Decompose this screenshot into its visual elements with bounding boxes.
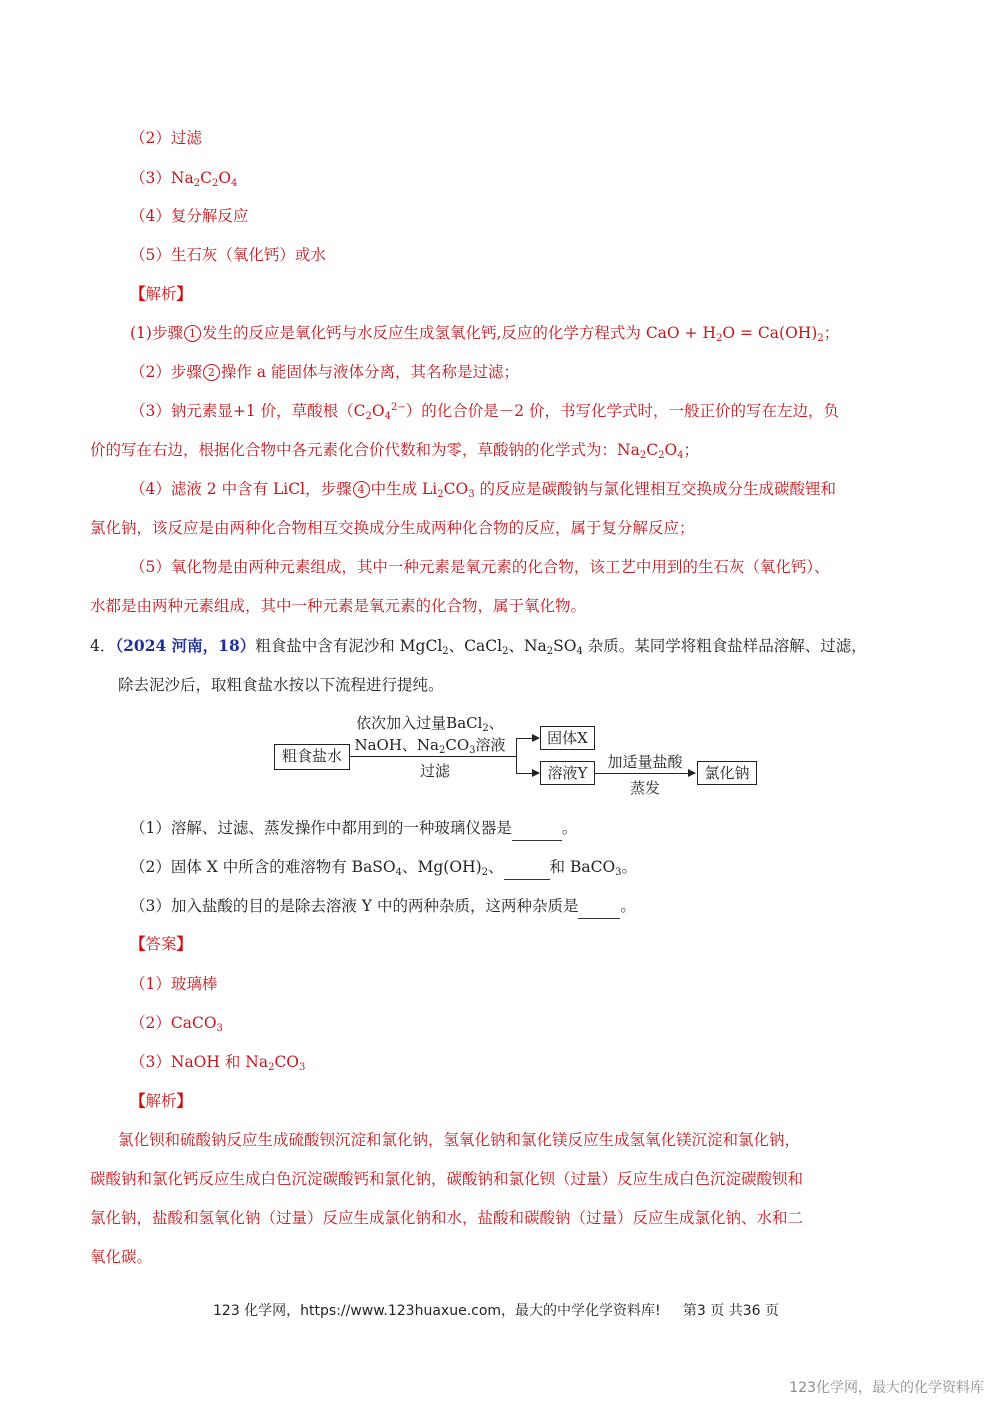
text: 杂质。某同学将粗食盐样品溶解、过滤， <box>583 637 867 655</box>
text: （4）滤液 2 中含有 LiCl，步骤 <box>130 480 352 498</box>
text: （2）固体 X 中所含的难溶物有 BaSO <box>130 858 396 876</box>
text: 操作 a 能固体与液体分离，其名称是过滤； <box>221 363 519 381</box>
flow-box-solution-y: 溶液Y <box>540 761 595 785</box>
heading-label: 答案 <box>146 935 177 953</box>
flow-line <box>595 773 688 774</box>
text: O <box>664 441 677 459</box>
formula: Na <box>171 169 194 187</box>
analysis-paragraph-2: （2）步骤2操作 a 能固体与液体分离，其名称是过滤； <box>130 362 519 382</box>
flow-box-crude-brine: 粗食盐水 <box>274 744 350 770</box>
circled-number: 4 <box>353 481 370 498</box>
flow-reagent-label-2: NaOH、Na2CO3溶液 <box>350 734 510 755</box>
text: O = Ca(OH) <box>722 324 817 342</box>
text: (1)步骤 <box>130 324 183 342</box>
text: 、CaCl <box>449 637 502 655</box>
subscript: 3 <box>299 1062 305 1073</box>
flow-hcl-label: 加适量盐酸 <box>600 751 690 772</box>
flow-box-solid-x: 固体X <box>540 726 595 750</box>
text: ）的化合价是－2 价，书写化学式时，一般正价的写在左边，负 <box>406 402 839 420</box>
text: 价的写在右边，根据化合物中各元素化合价代数和为零，草酸钠的化学式为：Na <box>90 441 640 459</box>
analysis-2-line-3: 氯化钠，盐酸和氢氧化钠（过量）反应生成氯化钠和水，盐酸和碳酸钠（过量）反应生成氯… <box>90 1208 803 1228</box>
text: CO <box>444 480 469 498</box>
text: 依次加入过量BaCl <box>356 714 482 732</box>
watermark: 123化学网，最大的化学资料库 <box>789 1377 984 1397</box>
flow-evaporate-label: 蒸发 <box>600 777 690 798</box>
formula: NaOH 和 Na <box>171 1053 268 1071</box>
circled-number: 1 <box>184 325 201 342</box>
flow-line <box>516 738 532 739</box>
page-number: 第3 页 共36 页 <box>683 1303 779 1319</box>
bracket-open: 【 <box>130 284 146 303</box>
text: 。 <box>620 897 636 915</box>
prev-answer-4: （4）复分解反应 <box>130 206 248 226</box>
text: O <box>372 402 385 420</box>
flow-line <box>350 756 517 757</box>
text: 发生的反应是氧化钙与水反应生成氢氧化钙,反应的化学方程式为 CaO + H <box>202 324 716 342</box>
text: C <box>646 441 658 459</box>
sub-question-1: （1）溶解、过滤、蒸发操作中都用到的一种玻璃仪器是 。 <box>130 818 577 841</box>
text: （1）溶解、过滤、蒸发操作中都用到的一种玻璃仪器是 <box>130 819 512 837</box>
analysis-2-line-1: 氯化钡和硫酸钠反应生成硫酸钡沉淀和氯化钠，氢氧化钠和氯化镁反应生成氢氧化镁沉淀和… <box>118 1130 800 1150</box>
answer-blank[interactable] <box>512 820 562 841</box>
text: 、Na <box>508 637 546 655</box>
answer-number: （2） <box>130 1014 171 1032</box>
prev-answer-5: （5）生石灰（氧化钙）或水 <box>130 245 326 265</box>
answer-number: （3） <box>130 1053 171 1071</box>
text: 中生成 Li <box>371 480 438 498</box>
text: （3）加入盐酸的目的是除去溶液 Y 中的两种杂质，这两种杂质是 <box>130 897 578 915</box>
circled-number: 2 <box>203 364 220 381</box>
prev-answer-2: （2）过滤 <box>130 128 202 148</box>
analysis-paragraph-3a: （3）钠元素显+1 价，草酸根（C2O42−）的化合价是－2 价，书写化学式时，… <box>130 401 839 421</box>
bracket-open: 【 <box>130 934 146 953</box>
analysis-paragraph-1: (1)步骤1发生的反应是氧化钙与水反应生成氢氧化钙,反应的化学方程式为 CaO … <box>130 323 839 343</box>
answer-text: 过滤 <box>171 129 202 147</box>
text: 粗食盐中含有泥沙和 MgCl <box>255 637 442 655</box>
page-footer: 123 化学网，https://www.123huaxue.com，最大的中学化… <box>0 1300 992 1320</box>
answer-2: （2）CaCO3 <box>130 1013 223 1033</box>
analysis-heading: 【解析】 <box>130 284 192 304</box>
sub-question-2: （2）固体 X 中所含的难溶物有 BaSO4、Mg(OH)2、 和 BaCO3。 <box>130 857 637 880</box>
superscript: 2− <box>391 402 406 413</box>
question-4-stem: 4．（2024 河南，18）粗食盐中含有泥沙和 MgCl2、CaCl2、Na2S… <box>90 636 867 656</box>
text: 。 <box>622 858 638 876</box>
bracket-open: 【 <box>130 1091 146 1110</box>
answer-heading: 【答案】 <box>130 934 192 954</box>
formula: O <box>218 169 231 187</box>
question-4-stem-2: 除去泥沙后，取粗食盐水按以下流程进行提纯。 <box>118 675 444 695</box>
answer-text: 复分解反应 <box>171 207 249 225</box>
text: 的反应是碳酸钠与氯化锂相互交换成分生成碳酸锂和 <box>475 480 836 498</box>
text: （2）步骤 <box>130 363 202 381</box>
heading-label: 解析 <box>146 285 177 303</box>
text: ； <box>824 324 840 342</box>
answer-1: （1）玻璃棒 <box>130 974 217 994</box>
subscript: 3 <box>217 1023 223 1034</box>
flow-filter-label: 过滤 <box>350 760 520 781</box>
text: 、Mg(OH) <box>402 858 482 876</box>
answer-number: （1） <box>130 975 171 993</box>
text: 溶液 <box>476 736 506 754</box>
text: 和 BaCO <box>550 858 616 876</box>
bracket-close: 】 <box>177 1091 193 1110</box>
analysis-paragraph-5b: 水都是由两种元素组成，其中一种元素是氧元素的化合物，属于氧化物。 <box>90 596 586 616</box>
answer-text: 玻璃棒 <box>171 975 218 993</box>
answer-blank[interactable] <box>578 898 620 919</box>
analysis-paragraph-4a: （4）滤液 2 中含有 LiCl，步骤4中生成 Li2CO3 的反应是碳酸钠与氯… <box>130 479 836 499</box>
arrow-icon <box>532 769 540 777</box>
answer-text: 生石灰（氧化钙）或水 <box>171 246 326 264</box>
subscript: 4 <box>231 178 237 189</box>
bracket-close: 】 <box>177 934 193 953</box>
answer-3: （3）NaOH 和 Na2CO3 <box>130 1052 305 1072</box>
footer-site-text: 123 化学网，https://www.123huaxue.com，最大的中学化… <box>213 1303 661 1319</box>
sub-question-3: （3）加入盐酸的目的是除去溶液 Y 中的两种杂质，这两种杂质是 。 <box>130 896 636 919</box>
formula: CaCO <box>171 1014 217 1032</box>
flow-box-sodium-chloride: 氯化钠 <box>697 761 757 785</box>
analysis-2-line-2: 碳酸钠和氯化钙反应生成白色沉淀碳酸钙和氯化钠，碳酸钠和氯化钡（过量）反应生成白色… <box>90 1169 803 1189</box>
text: 、 <box>489 714 504 732</box>
answer-number: （5） <box>130 246 171 264</box>
prev-answer-3: （3）Na2C2O4 <box>130 168 237 188</box>
formula: CO <box>274 1053 299 1071</box>
analysis-heading-2: 【解析】 <box>130 1091 192 1111</box>
answer-number: （3） <box>130 169 171 187</box>
answer-number: （4） <box>130 207 171 225</box>
text: SO <box>553 637 576 655</box>
text: NaOH、Na <box>354 736 439 754</box>
analysis-paragraph-4b: 氯化钠，该反应是由两种化合物相互交换成分生成两种化合物的反应，属于复分解反应； <box>90 518 695 538</box>
flow-reagent-label-1: 依次加入过量BaCl2、 <box>350 712 510 733</box>
analysis-paragraph-3b: 价的写在右边，根据化合物中各元素化合价代数和为零，草酸钠的化学式为：Na2C2O… <box>90 440 699 460</box>
heading-label: 解析 <box>146 1092 177 1110</box>
text: ； <box>684 441 700 459</box>
question-source: （2024 河南，18） <box>115 636 255 655</box>
bracket-close: 】 <box>177 284 193 303</box>
text: （3）钠元素显+1 价，草酸根（C <box>130 402 366 420</box>
question-number: 4． <box>90 637 115 655</box>
text: 、 <box>488 858 504 876</box>
text: 。 <box>562 819 578 837</box>
arrow-icon <box>532 734 540 742</box>
answer-number: （2） <box>130 129 171 147</box>
analysis-2-line-4: 氧化碳。 <box>90 1247 152 1267</box>
analysis-paragraph-5a: （5）氧化物是由两种元素组成，其中一种元素是氧元素的化合物，该工艺中用到的生石灰… <box>130 557 830 577</box>
formula: C <box>200 169 212 187</box>
text: CO <box>445 736 469 754</box>
answer-blank[interactable] <box>504 859 550 880</box>
